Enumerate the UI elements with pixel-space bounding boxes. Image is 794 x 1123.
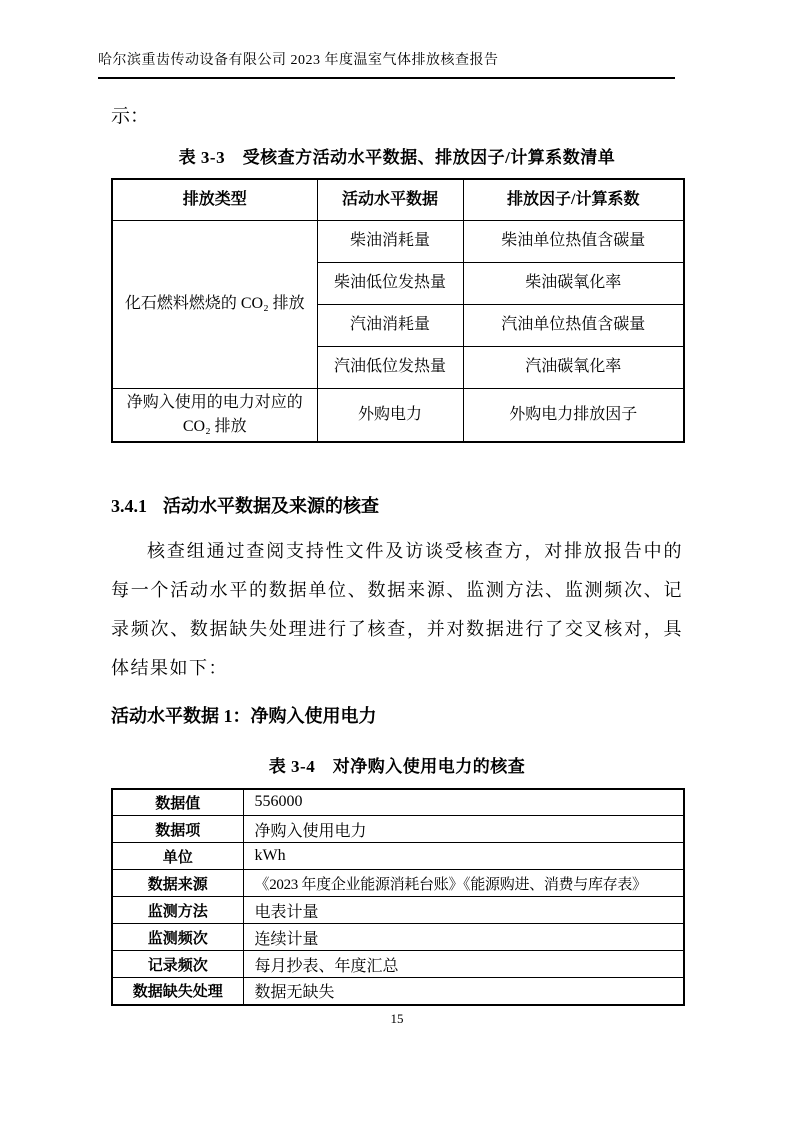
cell-diesel-consumption: 柴油消耗量 bbox=[317, 220, 463, 262]
cell-diesel-oxidation-rate: 柴油碳氧化率 bbox=[463, 262, 684, 304]
table-3-3: 排放类型 活动水平数据 排放因子/计算系数 化石燃料燃烧的 CO₂ 排放 柴油消… bbox=[111, 178, 685, 443]
table-row: 数据项 净购入使用电力 bbox=[112, 816, 684, 843]
table-3-4: 数据值 556000 数据项 净购入使用电力 单位 kWh 数据来源 《2023… bbox=[111, 788, 685, 1006]
cell-diesel-heating-value: 柴油低位发热量 bbox=[317, 262, 463, 304]
table-row: 记录频次 每月抄表、年度汇总 bbox=[112, 951, 684, 978]
cell-electricity-group: 净购入使用的电力对应的 CO₂ 排放 bbox=[112, 388, 317, 442]
table-3-3-header-row: 排放类型 活动水平数据 排放因子/计算系数 bbox=[112, 179, 684, 220]
value-data-item: 净购入使用电力 bbox=[243, 816, 684, 843]
section-heading-3-4-1: 3.4.1活动水平数据及来源的核查 bbox=[111, 494, 683, 518]
table-row: 单位 kWh bbox=[112, 843, 684, 870]
value-recording-frequency: 每月抄表、年度汇总 bbox=[243, 951, 684, 978]
value-data-source: 《2023 年度企业能源消耗台账》《能源购进、消费与库存表》 bbox=[243, 870, 684, 897]
value-monitoring-frequency: 连续计量 bbox=[243, 924, 684, 951]
cell-gasoline-carbon-content: 汽油单位热值含碳量 bbox=[463, 304, 684, 346]
label-missing-data-handling: 数据缺失处理 bbox=[112, 978, 243, 1005]
value-unit: kWh bbox=[243, 843, 684, 870]
table-row: 化石燃料燃烧的 CO₂ 排放 柴油消耗量 柴油单位热值含碳量 bbox=[112, 220, 684, 262]
page-number: 15 bbox=[111, 1011, 683, 1027]
table-3-4-caption: 表 3-4 对净购入使用电力的核查 bbox=[111, 756, 683, 778]
label-recording-frequency: 记录频次 bbox=[112, 951, 243, 978]
value-data-value: 556000 bbox=[243, 789, 684, 816]
label-data-source: 数据来源 bbox=[112, 870, 243, 897]
section-title: 活动水平数据及来源的核查 bbox=[163, 496, 379, 516]
cell-gasoline-heating-value: 汽油低位发热量 bbox=[317, 346, 463, 388]
cell-gasoline-oxidation-rate: 汽油碳氧化率 bbox=[463, 346, 684, 388]
value-monitoring-method: 电表计量 bbox=[243, 897, 684, 924]
cell-fossil-fuel-group: 化石燃料燃烧的 CO₂ 排放 bbox=[112, 220, 317, 388]
label-data-value: 数据值 bbox=[112, 789, 243, 816]
table-3-3-caption: 表 3-3 受核查方活动水平数据、排放因子/计算系数清单 bbox=[111, 147, 683, 169]
label-unit: 单位 bbox=[112, 843, 243, 870]
value-missing-data-handling: 数据无缺失 bbox=[243, 978, 684, 1005]
running-header: 哈尔滨重齿传动设备有限公司 2023 年度温室气体排放核查报告 bbox=[98, 52, 675, 79]
table-row: 监测频次 连续计量 bbox=[112, 924, 684, 951]
label-monitoring-method: 监测方法 bbox=[112, 897, 243, 924]
cell-gasoline-consumption: 汽油消耗量 bbox=[317, 304, 463, 346]
lead-text: 示： bbox=[111, 105, 683, 129]
column-header-activity-data: 活动水平数据 bbox=[317, 179, 463, 220]
column-header-emission-type: 排放类型 bbox=[112, 179, 317, 220]
label-data-item: 数据项 bbox=[112, 816, 243, 843]
document-page: 哈尔滨重齿传动设备有限公司 2023 年度温室气体排放核查报告 示： 表 3-3… bbox=[0, 0, 794, 1123]
cell-electricity-emission-factor: 外购电力排放因子 bbox=[463, 388, 684, 442]
section-number: 3.4.1 bbox=[111, 496, 147, 516]
activity-data-1-heading: 活动水平数据 1：净购入使用电力 bbox=[111, 704, 683, 728]
table-row: 监测方法 电表计量 bbox=[112, 897, 684, 924]
cell-purchased-electricity: 外购电力 bbox=[317, 388, 463, 442]
cell-diesel-carbon-content: 柴油单位热值含碳量 bbox=[463, 220, 684, 262]
table-row: 数据值 556000 bbox=[112, 789, 684, 816]
column-header-emission-factor: 排放因子/计算系数 bbox=[463, 179, 684, 220]
table-row: 数据缺失处理 数据无缺失 bbox=[112, 978, 684, 1005]
table-row: 净购入使用的电力对应的 CO₂ 排放 外购电力 外购电力排放因子 bbox=[112, 388, 684, 442]
body-paragraph: 核查组通过查阅支持性文件及访谈受核查方，对排放报告中的每一个活动水平的数据单位、… bbox=[111, 532, 683, 688]
label-monitoring-frequency: 监测频次 bbox=[112, 924, 243, 951]
table-row: 数据来源 《2023 年度企业能源消耗台账》《能源购进、消费与库存表》 bbox=[112, 870, 684, 897]
